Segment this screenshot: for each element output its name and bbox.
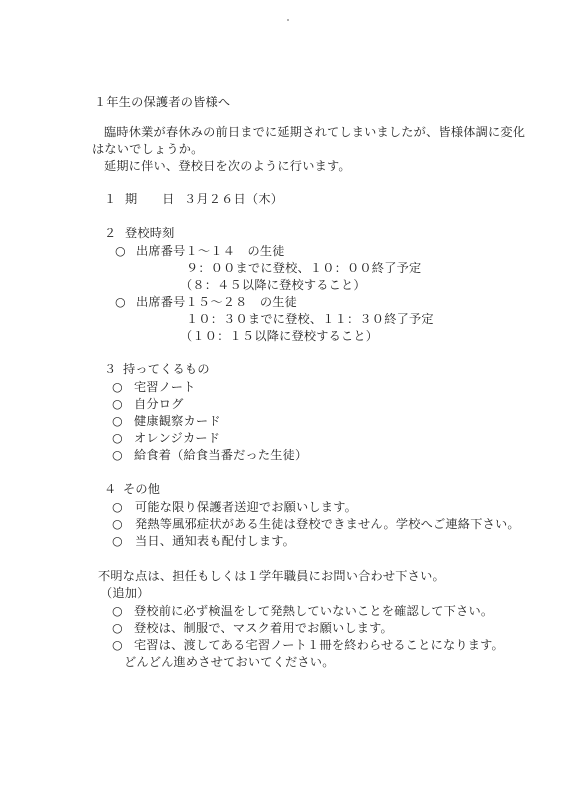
item-text: 健康観察カード xyxy=(134,413,221,429)
item-text: オレンジカード xyxy=(134,430,220,446)
group1-note: （８：４５以降に登校すること） xyxy=(180,277,366,293)
item-text: 当日、通知表も配付します。 xyxy=(135,533,295,549)
item-text: 可能な限り保護者送迎でお願いします。 xyxy=(135,499,357,515)
item-text: 登校前に必ず検温をして発熱していないことを確認して下さい。 xyxy=(134,603,493,619)
section1-number: １ xyxy=(104,191,116,207)
section2-title: 登校時刻 xyxy=(125,225,175,241)
addendum-continuation: どんどん進めさせておいてください。 xyxy=(124,654,335,670)
section1-value: ３月２６日（木） xyxy=(184,191,283,207)
bullet-icon: ○ xyxy=(112,499,123,515)
item-text: 登校は、制服で、マスク着用でお願いします。 xyxy=(134,620,393,636)
item-text: 宅習ノート xyxy=(134,379,196,395)
document-page: １年生の保護者の皆様へ 臨時休業が春休みの前日までに延期されてしまいましたが、皆… xyxy=(0,0,566,800)
section1-label: 期 日 xyxy=(125,191,175,207)
group2-note: （１０：１５以降に登校すること） xyxy=(180,328,378,344)
bullet-icon: ○ xyxy=(112,396,123,412)
group2-time: １０：３０までに登校、１１：３０終了予定 xyxy=(186,311,434,327)
bullet-icon: ○ xyxy=(112,413,123,429)
bullet-icon: ○ xyxy=(112,620,123,636)
item-text: 自分ログ xyxy=(134,396,184,412)
item-text: 発熱等風邪症状がある生徒は登校できません。学校へご連絡下さい。 xyxy=(135,516,520,532)
group1-time: ９：００までに登校、１０：００終了予定 xyxy=(186,260,421,276)
bullet-icon: ○ xyxy=(112,447,123,463)
bullet-icon: ○ xyxy=(112,516,123,532)
bullet-icon: ○ xyxy=(115,243,126,259)
scan-speck xyxy=(287,19,289,21)
intro-line-1: 臨時休業が春休みの前日までに延期されてしまいましたが、皆様体調に変化 xyxy=(104,124,525,140)
greeting: １年生の保護者の皆様へ xyxy=(94,94,230,110)
bullet-icon: ○ xyxy=(112,430,123,446)
intro-line-3: 延期に伴い、登校日を次のように行います。 xyxy=(104,158,351,174)
section2-number: ２ xyxy=(104,225,116,241)
section3-number: ３ xyxy=(104,361,116,377)
group1-students: 出席番号１～１４ の生徒 xyxy=(136,243,285,259)
item-text: 給食着（給食当番だった生徒） xyxy=(134,447,307,463)
bullet-icon: ○ xyxy=(112,603,123,619)
group2-students: 出席番号１５～２８ の生徒 xyxy=(136,294,297,310)
addendum-title: （追加） xyxy=(100,585,150,601)
bullet-icon: ○ xyxy=(112,637,123,653)
bullet-icon: ○ xyxy=(115,294,126,310)
bullet-icon: ○ xyxy=(112,533,123,549)
section3-title: 持ってくるもの xyxy=(123,361,210,377)
bullet-icon: ○ xyxy=(112,379,123,395)
contact-note: 不明な点は、担任もしくは１学年職員にお問い合わせ下さい。 xyxy=(98,568,445,584)
section4-title: その他 xyxy=(123,481,160,497)
section4-number: ４ xyxy=(104,481,116,497)
item-text: 宅習は、渡してある宅習ノート１冊を終わらせることになります。 xyxy=(134,637,504,653)
intro-line-2: はないでしょうか。 xyxy=(92,141,204,157)
